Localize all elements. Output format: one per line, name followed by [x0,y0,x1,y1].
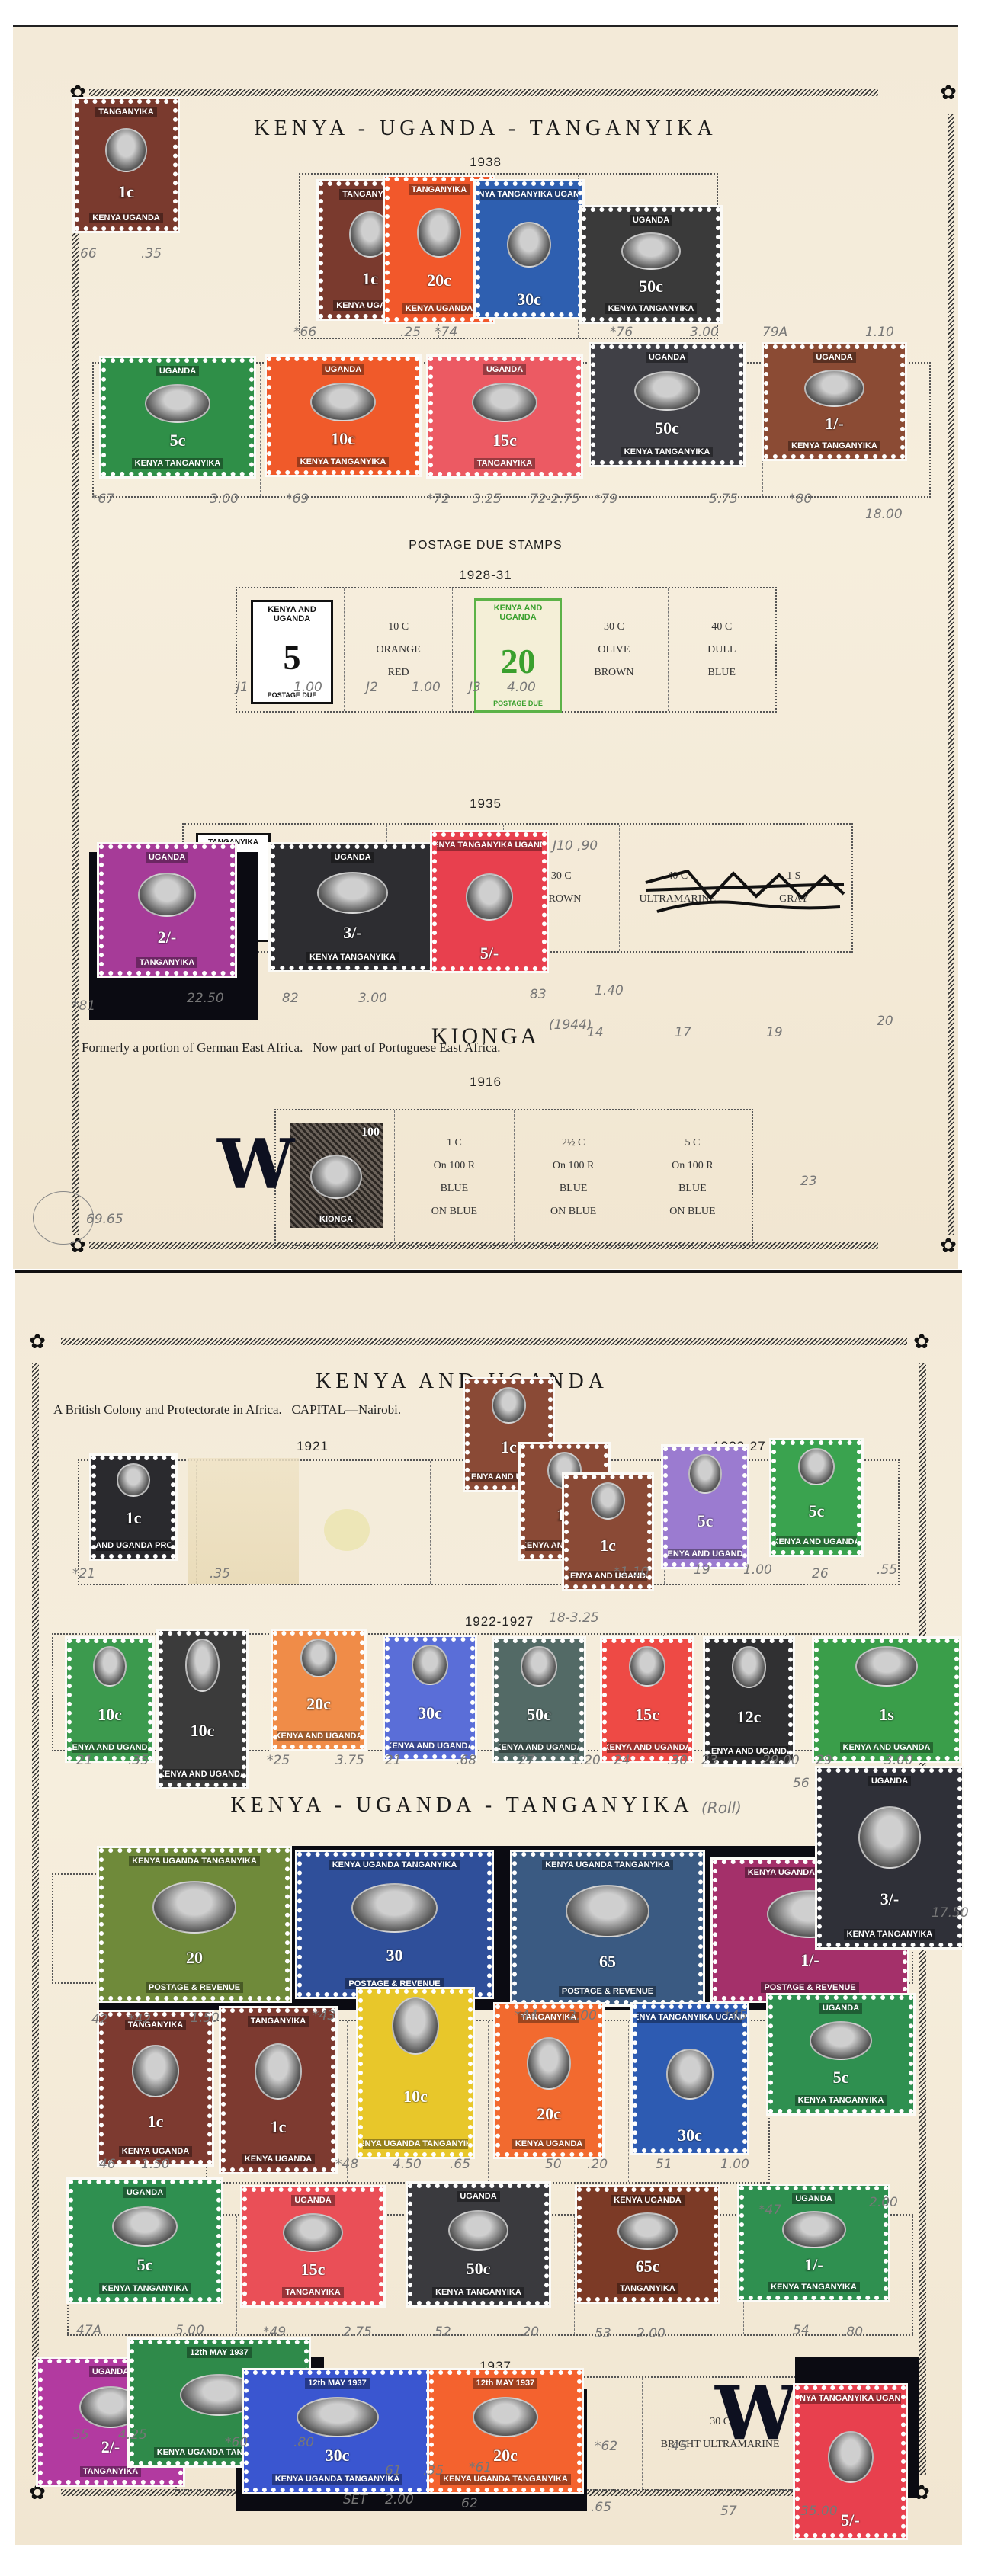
pencil-note: 18.00 [865,507,903,522]
pencil-note: 52 [435,2324,451,2340]
pencil-note: 1.00 [293,680,322,695]
stamp[interactable]: 10cKENYA AND UGANDA [159,1631,246,1787]
stamp[interactable]: 30cKENYA AND UGANDA [385,1637,475,1759]
pencil-note: 3.25 [473,492,502,507]
kionga-subtitle: Formerly a portion of German East Africa… [82,1040,501,1056]
king-portrait [828,2431,874,2483]
pencil-note: .35 [128,1753,149,1768]
pencil-circle [33,1191,94,1245]
pencil-note: J1 [236,680,249,695]
pencil-note: *25 [267,1753,290,1768]
pencil-note: *62 [595,2439,617,2454]
pencil-note: 3.75 [335,1753,364,1768]
pencil-note: 2.00 [568,2008,597,2023]
empty-hinge [188,1458,299,1584]
pencil-note: *81 [72,998,95,1014]
pencil-note: 47A [76,2323,101,2338]
stamp[interactable]: KENYA UGANDA TANGANYIKA30POSTAGE & REVEN… [297,1852,492,1997]
king-portrait [855,1646,918,1687]
king-portrait [412,1645,447,1685]
pencil-note: 17.50 [932,1905,969,1921]
ink-w-mark: W [217,1124,294,1205]
pencil-note: 53 [595,2326,611,2341]
pencil-note: .65 [591,2500,611,2515]
king-portrait [798,1448,834,1485]
pencil-note: 1.40 [595,983,624,998]
pencil-note: 19 [766,1025,783,1040]
stamp[interactable]: TANGANYIKA1cKENYA UGANDA [75,99,178,231]
stamp[interactable]: 12th MAY 193730cKENYA UGANDA TANGANYIKA [244,2370,431,2492]
stamp[interactable]: TANGANYIKA1cKENYA UGANDA [99,2012,212,2164]
pencil-note: *69 [286,492,309,507]
stamp[interactable]: 12th MAY 193720cKENYA UGANDA TANGANYIKA [429,2370,582,2492]
pencil-note: 3.00 [884,1753,913,1768]
pencil-note: 14 [587,1025,604,1040]
pencil-note: 23 [800,1174,817,1189]
pencil-note: *44 [515,2008,537,2023]
king-portrait [472,383,537,422]
king-portrait [351,1883,438,1933]
pencil-note: 55 [72,2427,89,2443]
pencil-note: .20 [587,2157,608,2172]
pencil-note: J3 [469,680,481,695]
pencil-note: 21 [385,1753,402,1768]
year-1916: 1916 [13,1075,958,1090]
pencil-note: 1.00 [743,1562,772,1578]
pencil-note: 2.00 [385,2492,414,2507]
stamp[interactable]: UGANDA5cKENYA TANGANYIKA [69,2180,221,2302]
year-1935: 1935 [13,796,958,812]
stamp[interactable]: UGANDA10cKENYA TANGANYIKA [267,357,419,475]
king-portrait [138,873,196,917]
king-portrait [297,2397,379,2437]
pencil-note: *60 [225,2435,248,2450]
king-portrait [492,1387,527,1424]
stamp[interactable]: 10cKENYA UGANDA TANGANYIKA [358,1989,473,2157]
pencil-note: (1944) [549,1017,592,1033]
stamp[interactable]: UGANDA15cTANGANYIKA [242,2187,383,2305]
stamp[interactable]: UGANDA5cKENYA TANGANYIKA [101,358,254,476]
pencil-note: 35.00 [800,2504,838,2519]
king-portrait [566,1885,649,1937]
pencil-note: 27 [518,1753,535,1768]
pencil-note: .35 [141,246,162,261]
pencil-note: *79 [595,492,617,507]
stamp[interactable]: TANGANYIKA20cKENYA UGANDA [496,2004,602,2157]
king-portrait [417,208,462,258]
king-portrait [283,2213,343,2252]
pencil-note: *67 [91,492,114,507]
pencil-note: 1.10 [865,325,894,340]
stamp[interactable]: UGANDA50cKENYA TANGANYIKA [408,2184,549,2305]
king-portrait [466,873,513,921]
pencil-note: 61 [385,2463,402,2478]
pencil-note: .55 [877,1562,897,1578]
pencil-note: 82 [282,991,299,1006]
stamp[interactable]: UGANDA2/-TANGANYIKA [99,844,235,976]
king-portrait [93,1646,127,1687]
pencil-note: SET [343,2492,367,2507]
king-portrait [255,2043,302,2100]
pencil-note: 1.50 [141,2157,170,2172]
pencil-note: *74 [435,325,457,340]
pencil-note: 26 [812,1566,829,1581]
king-portrait [317,872,389,914]
pencil-note: .80 [293,2435,314,2450]
king-portrait [117,1463,149,1497]
pencil-note: 2.00 [869,2195,898,2210]
pencil-note: 46 [99,2157,116,2172]
year-1928-31: 1928-31 [13,568,958,583]
king-portrait [507,222,551,268]
pencil-note: *47 [758,2203,781,2218]
stamp[interactable]: 5cKENYA AND UGANDA [663,1447,747,1567]
pencil-note: .68 [456,1753,476,1768]
pencil-note: 5.00 [175,2323,204,2338]
pencil-note: *21 [72,1566,95,1581]
pencil-note: 50 [545,2157,562,2172]
pencil-note: *48 [335,2157,358,2172]
pencil-note: 17 [675,1025,691,1040]
king-portrait [473,2397,538,2437]
pencil-note: 54 [793,2323,810,2338]
pencil-note: 29 [816,1753,832,1768]
stamp[interactable]: UGANDA15cTANGANYIKA [428,357,581,476]
year-1921: 1921 [267,1439,358,1454]
pencil-note: .35 [210,1566,230,1581]
stamp[interactable]: UGANDA3/-KENYA TANGANYIKA [271,844,435,970]
pencil-note: 29.00 [762,1753,800,1768]
stamp[interactable]: 5cKENYA AND UGANDA [771,1440,861,1555]
pencil-note: 69.65 [86,1212,123,1227]
stamp[interactable]: UGANDA5cKENYA TANGANYIKA [768,1995,913,2113]
king-portrait [629,1646,665,1687]
ornament-icon: ✿ [910,1331,933,1354]
pencil-note: 18-3.25 [549,1610,599,1626]
pencil-note: 1.20 [572,1753,601,1768]
pencil-note: 83 [530,987,547,1002]
king-portrait [810,2021,872,2060]
king-portrait [132,2045,178,2097]
postage-due-title: POSTAGE DUE STAMPS [13,539,958,553]
stamp-kionga[interactable]: 100 KIONGA [290,1123,383,1228]
stamp[interactable]: 1sKENYA AND UGANDA [814,1639,959,1761]
pencil-note: 20 [877,1014,893,1029]
king-portrait [300,1639,337,1677]
stamp[interactable]: TANGANYIKA1cKENYA UGANDA [221,2008,335,2172]
stamp[interactable]: UGANDA50cKENYA TANGANYIKA [582,207,720,322]
year-1922-1927: 1922-1927 [438,1614,560,1629]
pencil-note: *72 [427,492,450,507]
pencil-note: 72-2.75 [530,492,580,507]
king-portrait [617,2212,678,2250]
stamp[interactable]: 10cKENYA AND UGANDA [67,1639,152,1761]
pencil-note: .35 [423,2463,444,2478]
pencil-note: 24 [614,1753,630,1768]
stamp[interactable]: UGANDA1/-KENYA TANGANYIKA [764,344,905,459]
king-portrait [621,232,681,270]
pencil-note: 19 [694,1562,710,1578]
stamp-postage-due-20c[interactable]: KENYA AND UGANDA 20 POSTAGE DUE [474,598,562,713]
pencil-note: 66 [80,246,97,261]
pencil-note: *1.10 [614,1565,649,1580]
king-portrait [152,1881,236,1933]
pencil-note: 57 [720,2504,737,2519]
pencil-note: J2 [366,680,378,695]
king-portrait [666,2049,714,2100]
ink-scribble [642,867,848,913]
king-portrait [782,2211,846,2248]
stamp[interactable]: UGANDA50cKENYA TANGANYIKA [591,344,743,465]
king-portrait [732,1646,767,1688]
pencil-note: *80 [789,492,812,507]
pencil-note: *76 [610,325,633,340]
king-portrait [591,1482,626,1520]
pencil-note: 4.25 [118,2427,147,2443]
king-portrait [527,2037,571,2089]
stamp[interactable]: KENYA TANGANYIKA UGANDA30c [476,181,582,317]
pencil-note: *43 [313,2008,335,2023]
pencil-note: 56 [793,1776,810,1791]
page-subtitle: A British Colony and Protectorate in Afr… [53,1402,401,1418]
pencil-note: 1.00 [720,2157,749,2172]
stamp[interactable]: 12cKENYA AND UGANDA [705,1639,793,1764]
stamp[interactable]: KENYA UGANDA TANGANYIKA65POSTAGE & REVEN… [512,1852,703,2004]
pencil-note: 22.50 [187,991,224,1006]
pencil-note: .65 [450,2157,470,2172]
pencil-note: *66 [293,325,316,340]
pencil-note: 23 [701,1753,718,1768]
king-portrait [634,371,700,411]
pencil-note: .20 [518,2324,539,2340]
pencil-note: 42 [91,2012,108,2027]
pencil-note: *49 [263,2324,286,2340]
stamp[interactable]: KENYA UGANDA TANGANYIKA20POSTAGE & REVEN… [99,1848,290,2001]
pencil-note: 51 [656,2157,672,2172]
stamp[interactable]: 1cEAST AFRICA AND UGANDA PROTECTORATES [91,1456,175,1559]
pencil-note: J10 ,90 [553,838,598,854]
stamp[interactable]: 15cKENYA AND UGANDA [602,1639,692,1761]
ornament-icon: ✿ [937,1235,960,1258]
pencil-note: 1.50 [191,2010,220,2026]
ornament-icon: ✿ [26,1331,49,1354]
pencil-note: .30 [667,1753,688,1768]
stamp[interactable]: KENYA TANGANYIKA UGANDA30c [633,2004,747,2153]
king-portrait [392,1997,439,2055]
pencil-note: .45 [667,2439,688,2454]
stamp[interactable]: 20cKENYA AND UGANDA [273,1631,364,1749]
king-portrait [858,1806,921,1869]
stamp[interactable]: KENYA TANGANYIKA UGANDA5/- [432,832,547,971]
hinge-stain [324,1509,370,1551]
king-portrait [112,2206,178,2247]
pencil-note-roll: (Roll) [701,1799,742,1817]
king-portrait [310,383,376,421]
king-portrait [521,1646,556,1687]
ornament-icon: ✿ [26,2481,49,2504]
pencil-note: 3.00 [690,325,719,340]
pencil-note: 3.00 [210,492,239,507]
pencil-note: .25 [400,325,421,340]
king-portrait [145,384,210,423]
pencil-note: 2.75 [343,2324,372,2340]
pencil-note: 1.00 [412,680,441,695]
ornament-icon: ✿ [937,82,960,104]
king-portrait [804,370,864,407]
pencil-note: *42 [128,2012,151,2027]
pencil-note: .80 [842,2324,863,2340]
pencil-note: 4.50 [393,2157,422,2172]
ink-w-mark: W [715,2370,797,2456]
pencil-note: *45 [724,2008,747,2023]
king-portrait [688,1454,721,1494]
king-portrait [185,1639,220,1692]
pencil-note: 79A [762,325,787,340]
pencil-note: *61 [469,2460,492,2475]
pencil-note: 62 [461,2496,478,2511]
stamp[interactable]: 50cKENYA AND UGANDA [494,1639,584,1761]
stamp[interactable]: KENYA UGANDA65cTANGANYIKA [577,2187,718,2302]
king-portrait [105,128,147,172]
king-portrait [448,2210,508,2251]
pencil-note: 21 [76,1753,93,1768]
pencil-note: 4.00 [507,680,536,695]
pencil-note: 2.00 [637,2326,665,2341]
pencil-note: 3.00 [358,991,387,1006]
pencil-note: 5.75 [709,492,738,507]
